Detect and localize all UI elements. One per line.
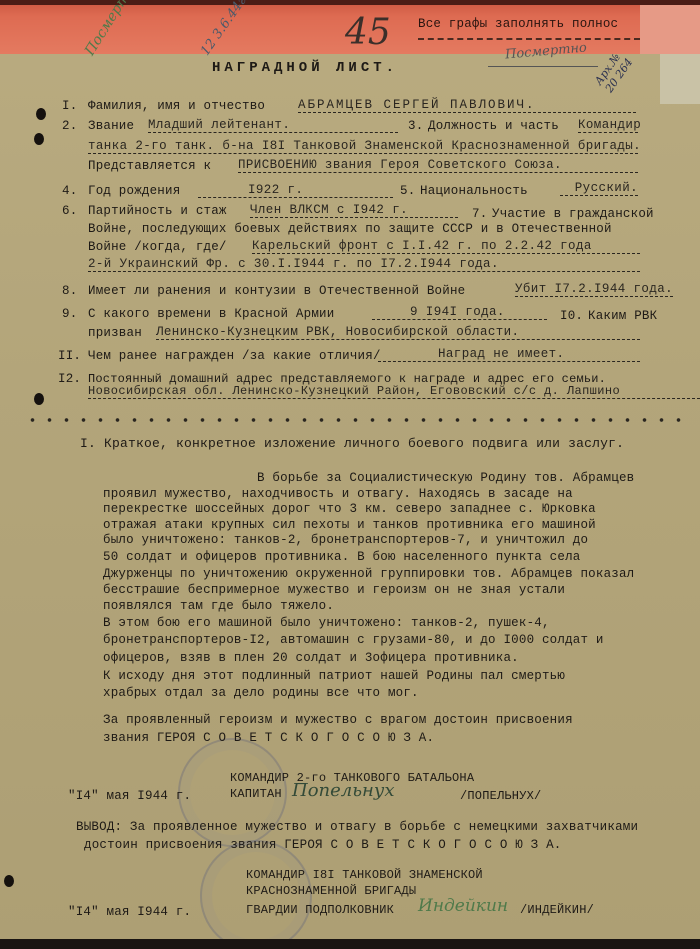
field-label-participation-cont: Войне, последующих боевых действиях по з… [88,222,612,236]
field-value-position-cont: танка 2-го танк. б-на I8I Танковой Знаме… [88,139,638,154]
handwritten-signature: Попельнух [292,780,395,801]
field-number: 6. [62,204,77,218]
field-label-participation-when: Войне /когда, где/ [88,240,227,254]
field-label-prior-awards: Чем ранее награжден /за какие отличия/ [88,349,381,363]
field-number: 4. [62,184,77,198]
conclusion-line: ВЫВОД: За проявленное мужество и отвагу … [76,820,638,834]
narrative-line: За проявленный героизм и мужество с враг… [103,713,573,727]
field-number: 8. [62,284,77,298]
field-value-birth-year: I922 г. [198,183,393,198]
narrative-line: офицеров, взяв в плен 20 солдат и 3офице… [103,651,519,665]
narrative-line: бесстрашие беспримерное мужество и герои… [103,583,565,597]
field-label-rank: Звание [88,119,134,133]
field-label-drafted: призван [88,326,142,340]
field-value-party: Член ВЛКСМ с I942 г. [250,203,458,218]
field-label-presented-for: Представляется к [88,159,211,173]
signature-date: "I4" мая I944 г. [68,905,191,919]
handwritten-number: 45 [345,12,391,53]
field-number: 9. [62,307,77,321]
field-value-prior-awards: Наград не имеет. [378,347,640,362]
field-number: 2. [62,119,77,133]
narrative-line: перекрестке шоссейных дорог что 3 км. се… [103,502,596,516]
punch-hole [34,133,44,145]
field-label-army-since: С какого времени в Красной Армии [88,307,334,321]
field-number: 3. [408,119,423,133]
narrative-line: проявил мужество, находчивость и отвагу.… [103,487,573,501]
narrative-line: звания ГЕРОЯ С О В Е Т С К О Г О С О Ю З… [103,731,434,745]
section-heading-feat: I. Краткое, конкретное изложение личного… [80,436,624,451]
narrative-line: отражая атаки крупных сил пехоты и танко… [103,518,596,532]
field-number: 5. [400,184,415,198]
field-value-full-name: АБРАМЦЕВ СЕРГЕЙ ПАВЛОВИЧ. [298,98,636,113]
field-value-address: Новосибирская обл. Ленинско-Кузнецкий Ра… [88,384,700,399]
signature-title-line: КРАСНОЗНАМЕННОЙ БРИГАДЫ [246,884,416,898]
narrative-line: появлялся там где было тяжело. [103,599,334,613]
award-sheet: Все графы заполнять полнос Посмертно 12 … [0,0,700,949]
narrative-line: В борьбе за Социалистическую Родину тов.… [257,471,634,485]
field-value-nationality: Русский. [560,181,638,196]
punch-hole [4,875,14,887]
field-label-position: Должность и часть [428,119,559,133]
field-value-presented-for: ПРИСВОЕНИЮ звания Героя Советского Союза… [238,158,638,173]
field-value-participation-cont: 2-й Украинский Фр. с 30.I.I944 г. по I7.… [88,257,640,272]
field-label-participation: Участие в гражданской [492,207,654,221]
field-number: I0. [560,309,583,323]
punch-hole [34,393,44,405]
signature-date: "I4" мая I944 г. [68,789,191,803]
field-label-rvk: Каким РВК [588,309,657,323]
field-value-wounds: Убит I7.2.I944 года. [515,282,673,297]
narrative-line: бронетранспортеров-I2, автомашин с груза… [103,633,604,647]
field-value-rank: Младший лейтенант. [148,118,398,133]
conclusion-line: достоин присвоения звания ГЕРОЯ С О В Е … [84,838,561,852]
narrative-line: Джурженцы по уничтожению окруженной груп… [103,567,634,581]
narrative-line: К исходу дня этот подлинный патриот наше… [103,669,565,683]
field-label-party: Партийность и стаж [88,204,227,218]
field-label-wounds: Имеет ли ранения и контузии в Отечествен… [88,284,465,298]
field-number: I2. [58,372,81,386]
field-number: 7. [472,207,487,221]
header-notice: Все графы заполнять полнос [418,17,618,31]
field-value-army-since: 9 I94I года. [372,305,547,320]
signatory-name: /ПОПЕЛЬНУХ/ [460,789,541,803]
narrative-line: храбрых отдал за дело родины все что мог… [103,686,419,700]
field-label-nationality: Национальность [420,184,528,198]
field-label-full-name: Фамилия, имя и отчество [88,99,265,113]
field-value-drafted: Ленинско-Кузнецким РВК, Новосибирской об… [156,325,640,340]
punch-hole [36,108,46,120]
document-title: НАГРАДНОЙ ЛИСТ. [212,60,398,76]
field-number: II. [58,349,81,363]
archive-reference: Арх.№ 20 264 [592,47,636,95]
field-value-position: Командир [578,118,638,133]
handwritten-signature: Индейкин [418,896,508,916]
signature-rank: ГВАРДИИ ПОДПОЛКОВНИК [246,903,394,917]
field-number: I. [62,99,77,113]
field-label-birth-year: Год рождения [88,184,180,198]
narrative-line: В этом бою его машиной было уничтожено: … [103,616,550,630]
signature-title-line: КОМАНДИР I8I ТАНКОВОЙ ЗНАМЕНСКОЙ [246,868,483,882]
narrative-line: 50 солдат и офицеров противника. В бою н… [103,550,580,564]
narrative-line: было уничтожено: танков-2, бронетранспор… [103,533,588,547]
field-value-participation: Карельский фронт с I.I.42 г. по 2.2.42 г… [252,239,640,254]
signatory-name: /ИНДЕЙКИН/ [520,903,594,917]
perforation-line [24,417,684,423]
signature-rank: КАПИТАН [230,787,282,801]
